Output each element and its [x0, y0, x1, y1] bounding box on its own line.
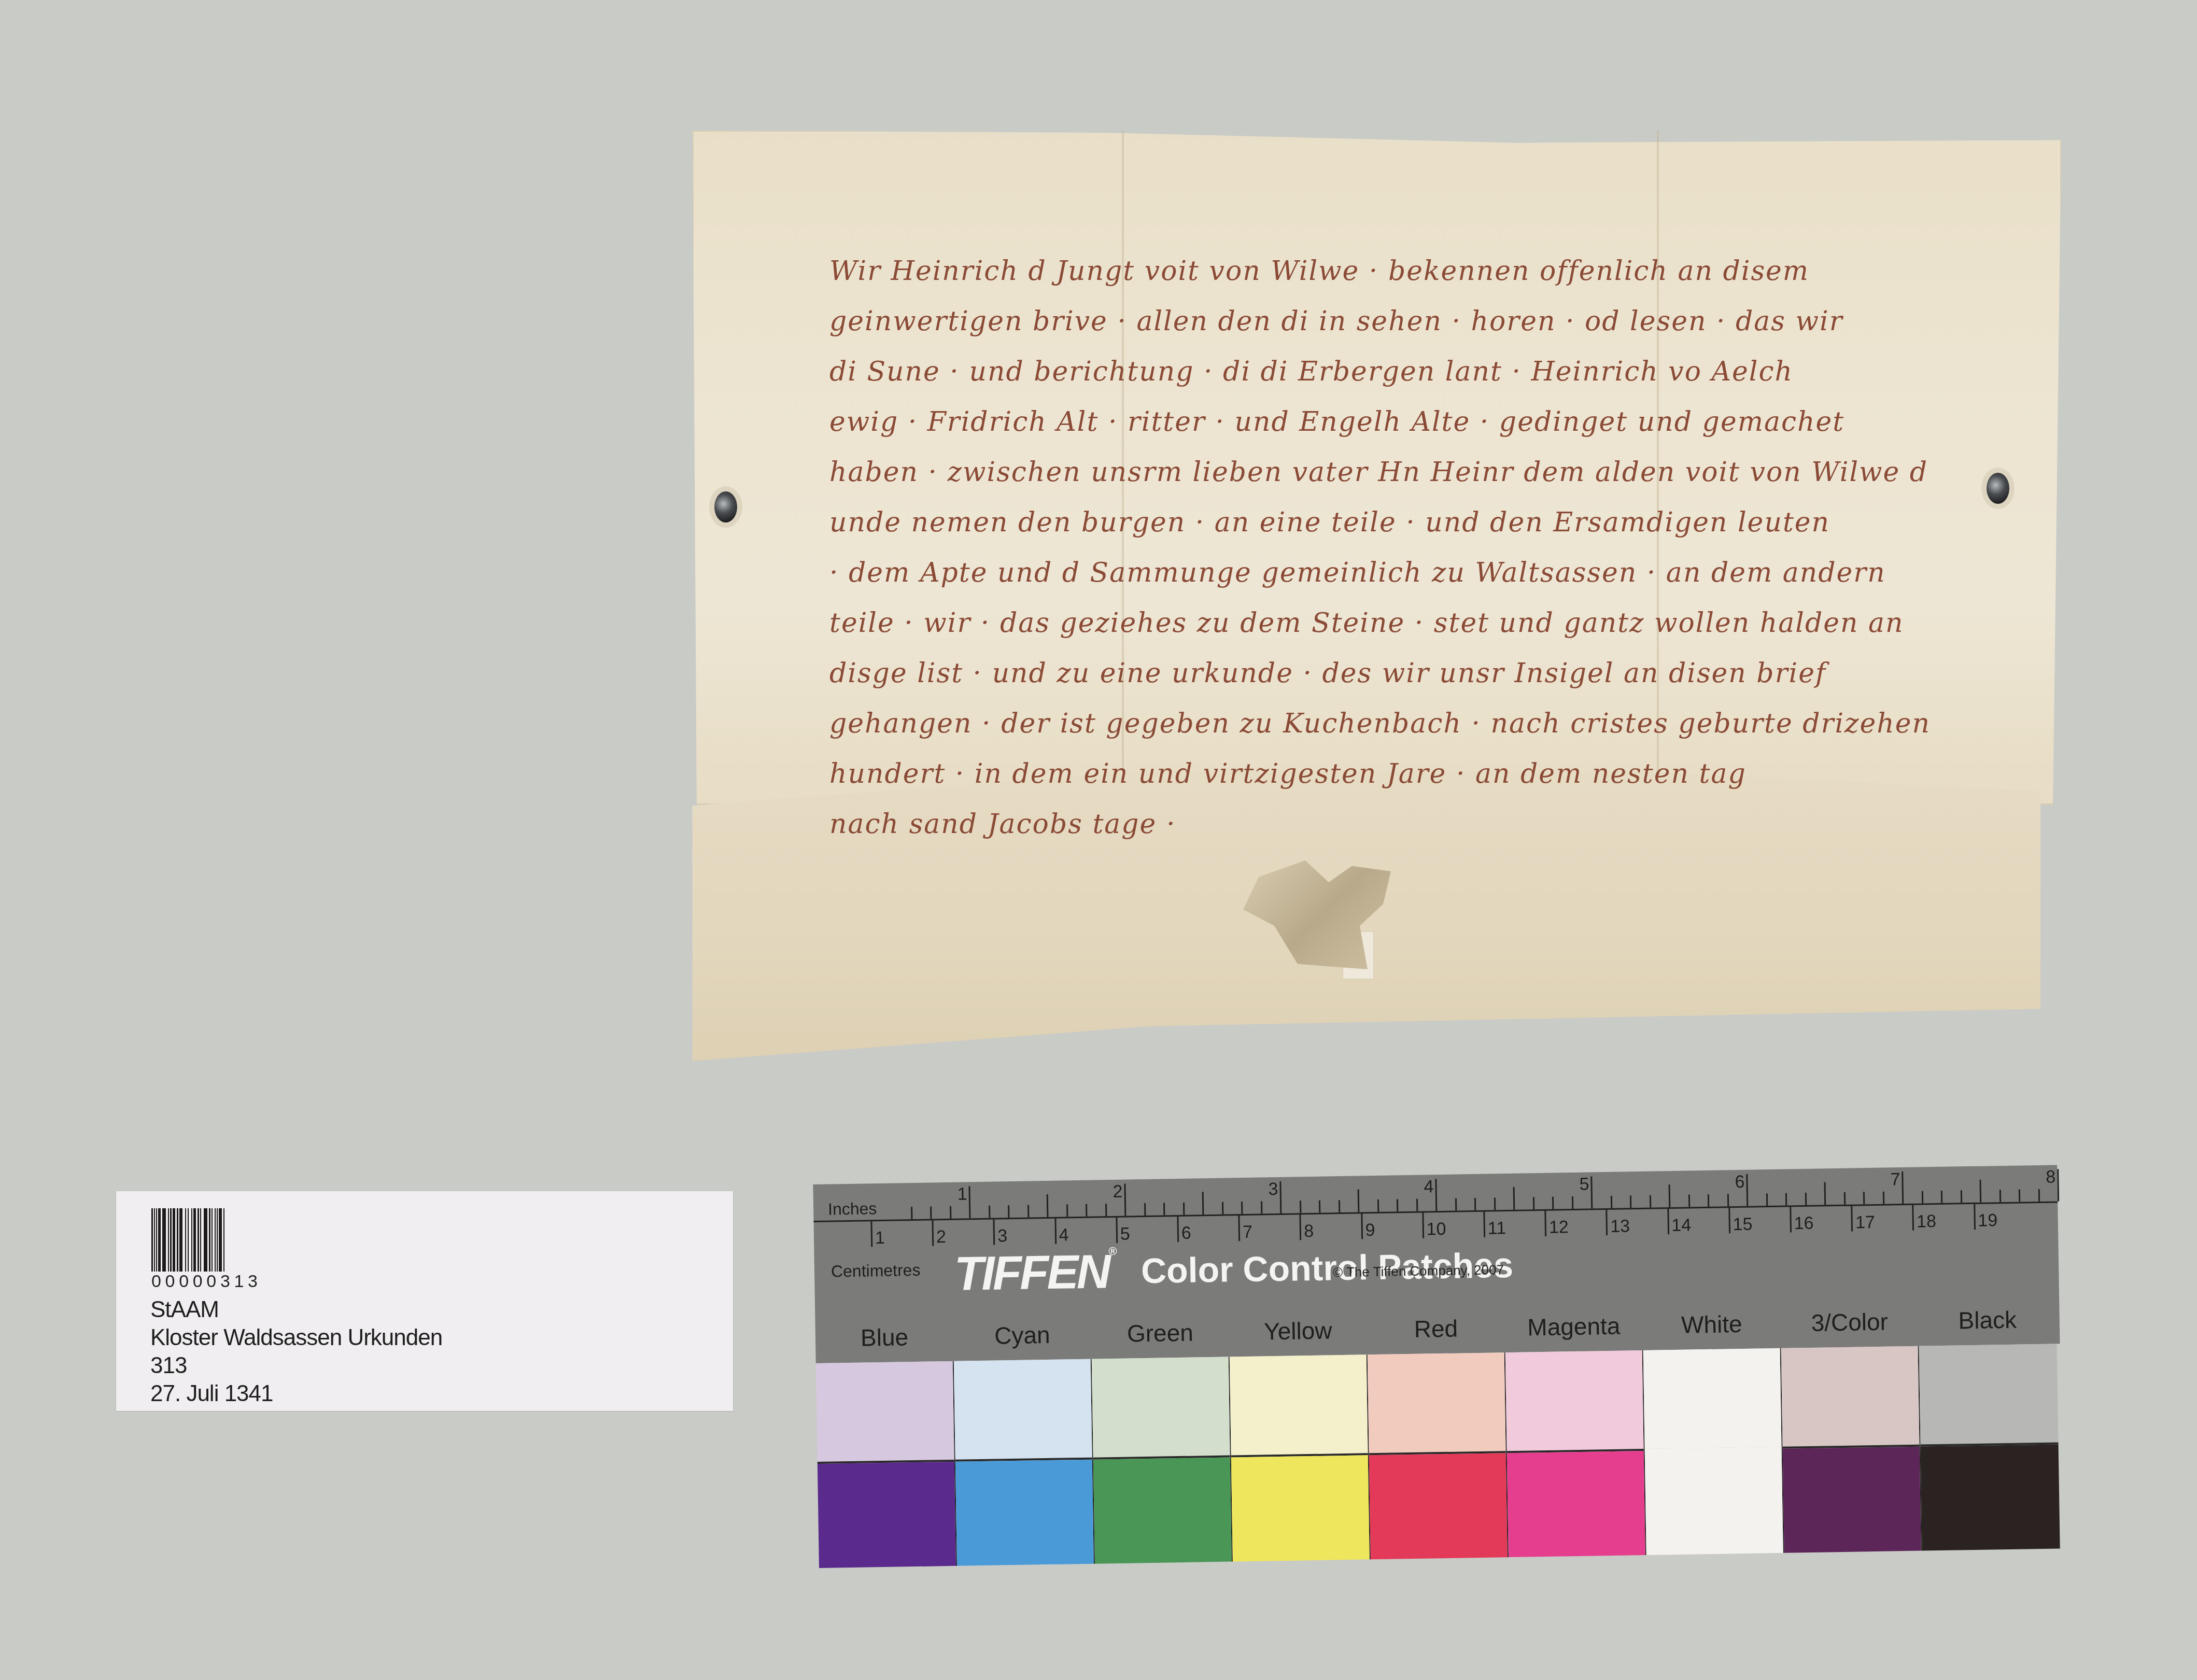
patch-light — [816, 1361, 954, 1464]
cm-tick — [1728, 1207, 1730, 1233]
minor-tick — [989, 1206, 990, 1218]
inch-tick — [1279, 1181, 1281, 1213]
minor-tick — [1338, 1200, 1340, 1212]
minor-tick — [1532, 1197, 1534, 1209]
barcode-digit: 0 — [193, 1272, 203, 1292]
patch-label-magenta: Magenta — [1504, 1311, 1643, 1342]
inch-number: 3 — [1268, 1179, 1278, 1199]
minor-tick — [1805, 1193, 1806, 1205]
patch-column-blue — [816, 1361, 957, 1568]
text-line: ewig · Fridrich Alt · ritter · und Engel… — [829, 397, 1970, 447]
minor-tick — [1669, 1184, 1671, 1207]
inch-tick — [2057, 1169, 2059, 1201]
patch-light — [1368, 1352, 1506, 1455]
text-line: disge list · und zu eine urkunde · des w… — [829, 648, 1970, 699]
document-date: 27. Juli 1341 — [150, 1380, 442, 1408]
registered-mark: ® — [1108, 1245, 1115, 1258]
barcode-digit: 3 — [248, 1272, 258, 1292]
inch-number: 5 — [1579, 1175, 1589, 1195]
patch-column-yellow — [1230, 1354, 1371, 1561]
patch-label-cyan: Cyan — [953, 1320, 1092, 1350]
inch-number: 8 — [2046, 1167, 2056, 1187]
cm-tick — [1177, 1216, 1179, 1242]
patch-light — [1505, 1350, 1644, 1453]
minor-tick — [1183, 1203, 1185, 1215]
inch-number: 2 — [1112, 1182, 1123, 1202]
cm-tick — [1790, 1206, 1792, 1232]
patch-column-black — [1919, 1344, 2060, 1550]
cm-number: 6 — [1181, 1223, 1192, 1244]
minor-tick — [1027, 1205, 1029, 1218]
inch-tick — [1435, 1179, 1437, 1211]
minor-tick — [1513, 1187, 1515, 1210]
minor-tick — [1377, 1199, 1378, 1212]
minor-tick — [1649, 1195, 1651, 1208]
barcode-bar — [204, 1208, 207, 1272]
minor-tick — [1241, 1202, 1243, 1214]
minor-tick — [1921, 1191, 1923, 1203]
text-line: haben · zwischen unsrm lieben vater Hn H… — [829, 447, 1970, 498]
patch-light — [1230, 1354, 1368, 1457]
minor-tick — [1144, 1203, 1146, 1216]
cm-number: 10 — [1426, 1219, 1446, 1240]
cm-tick — [1545, 1210, 1547, 1236]
cm-number: 18 — [1917, 1211, 1936, 1232]
inch-tick — [1902, 1171, 1904, 1204]
minor-tick — [1941, 1191, 1942, 1203]
text-line: Wir Heinrich d Jungt voit von Wilwe · be… — [829, 246, 1970, 297]
minor-tick — [911, 1207, 912, 1219]
patch-dark — [1507, 1451, 1645, 1557]
archive-label: 0 0 0 0 0 3 1 3 StAAM Kloster Waldsassen… — [116, 1191, 733, 1411]
patch-label-3-color: 3/Color — [1780, 1307, 1919, 1337]
cm-number: 1 — [875, 1228, 885, 1248]
patch-dark — [1093, 1458, 1232, 1564]
cm-tick — [1606, 1209, 1608, 1235]
minor-tick — [1610, 1196, 1612, 1208]
patch-dark — [955, 1460, 1094, 1566]
minor-tick — [1397, 1199, 1398, 1211]
text-line: teile · wir · das geziehes zu dem Steine… — [829, 598, 1970, 648]
minor-tick — [1727, 1194, 1728, 1206]
minor-tick — [1455, 1198, 1456, 1211]
cm-tick — [993, 1219, 995, 1245]
charter-text: Wir Heinrich d Jungt voit von Wilwe · be… — [829, 246, 1970, 850]
minor-tick — [950, 1206, 951, 1219]
cm-tick — [1851, 1206, 1853, 1232]
cm-tick — [932, 1220, 934, 1246]
mounting-grommet-right — [1987, 473, 2009, 504]
cm-tick — [870, 1221, 872, 1247]
patch-dark — [1231, 1455, 1370, 1561]
barcode-bar — [162, 1208, 166, 1272]
text-line: di Sune · und berichtung · di di Erberge… — [829, 347, 1970, 397]
cm-number: 7 — [1243, 1222, 1253, 1243]
minor-tick — [1960, 1190, 1962, 1203]
ruler-ticks: 1234567812345678910111213141516171819 — [813, 1165, 2057, 1184]
minor-tick — [1571, 1196, 1573, 1209]
patch-light — [1919, 1344, 2059, 1446]
barcode-digit: 0 — [165, 1272, 175, 1292]
text-line: unde nemen den burgen · an eine teile · … — [829, 498, 1970, 548]
minor-tick — [1202, 1192, 1204, 1215]
patch-label-green: Green — [1091, 1318, 1230, 1348]
cm-tick — [1912, 1205, 1914, 1231]
barcode-digit: 3 — [220, 1272, 230, 1292]
patch-column-red — [1368, 1352, 1509, 1559]
cm-number: 17 — [1855, 1212, 1875, 1233]
cm-number: 14 — [1671, 1215, 1691, 1236]
minor-tick — [1358, 1190, 1360, 1212]
inch-tick — [968, 1186, 970, 1218]
inches-label: Inches — [828, 1199, 877, 1219]
patch-dark — [1369, 1453, 1508, 1559]
minor-tick — [1785, 1193, 1787, 1206]
patch-labels: BlueCyanGreenYellowRedMagentaWhite3/Colo… — [815, 1305, 2060, 1352]
patch-light — [954, 1359, 1092, 1462]
minor-tick — [2019, 1190, 2020, 1202]
tiffen-logo: TIFFEN® — [954, 1245, 1116, 1302]
cm-number: 2 — [936, 1227, 947, 1247]
minor-tick — [1105, 1204, 1107, 1216]
minor-tick — [1708, 1194, 1709, 1207]
patch-label-red: Red — [1367, 1314, 1505, 1344]
patch-label-black: Black — [1918, 1305, 2057, 1335]
cm-tick — [1422, 1212, 1424, 1238]
patch-light — [1643, 1348, 1782, 1449]
minor-tick — [1980, 1180, 1982, 1203]
barcode-bar — [223, 1208, 224, 1272]
cm-tick — [1238, 1215, 1241, 1241]
minor-tick — [1824, 1182, 1826, 1205]
inch-number: 1 — [957, 1184, 967, 1204]
patch-dark — [1921, 1444, 2060, 1550]
patch-column-magenta — [1505, 1350, 1646, 1557]
color-patches — [816, 1344, 2063, 1568]
cm-number: 13 — [1610, 1216, 1630, 1237]
text-line: gehangen · der ist gegeben zu Kuchenbach… — [829, 699, 1970, 749]
minor-tick — [1163, 1203, 1165, 1215]
inch-number: 6 — [1735, 1172, 1745, 1192]
cm-number: 19 — [1978, 1210, 1997, 1231]
cm-number: 11 — [1488, 1218, 1506, 1239]
mounting-grommet-left — [714, 491, 737, 523]
cm-number: 15 — [1733, 1215, 1752, 1235]
minor-tick — [930, 1207, 932, 1219]
minor-tick — [1260, 1201, 1262, 1213]
inch-tick — [1746, 1174, 1748, 1206]
cm-tick — [1116, 1217, 1118, 1243]
patch-dark — [1645, 1447, 1783, 1555]
minor-tick — [1843, 1192, 1845, 1205]
minor-tick — [1066, 1204, 1068, 1217]
text-line: nach sand Jacobs tage · — [829, 799, 1970, 850]
cm-tick — [1974, 1204, 1976, 1230]
inch-tick — [1124, 1184, 1126, 1216]
text-line: · dem Apte und d Sammunge gemeinlich zu … — [829, 548, 1970, 598]
patch-column-3-color — [1781, 1346, 1922, 1553]
minor-tick — [1552, 1197, 1554, 1209]
cm-number: 9 — [1365, 1220, 1375, 1240]
copyright-text: © The Tiffen Company, 2007 — [1333, 1262, 1504, 1280]
inch-number: 4 — [1424, 1177, 1434, 1197]
patch-label-yellow: Yellow — [1229, 1316, 1368, 1346]
patch-column-white — [1643, 1348, 1784, 1555]
minor-tick — [1766, 1193, 1767, 1206]
brand-name: TIFFEN — [954, 1245, 1109, 1301]
cm-tick — [1054, 1218, 1057, 1244]
minor-tick — [1863, 1192, 1865, 1204]
minor-tick — [1319, 1201, 1320, 1213]
patch-label-white: White — [1642, 1309, 1781, 1339]
minor-tick — [1008, 1205, 1009, 1218]
document-number: 313 — [150, 1352, 442, 1380]
cm-tick — [1361, 1213, 1363, 1239]
cm-number: 3 — [997, 1226, 1008, 1246]
collection-name: Kloster Waldsassen Urkunden — [150, 1324, 442, 1352]
barcode — [151, 1208, 258, 1272]
cm-number: 5 — [1120, 1224, 1130, 1245]
cm-tick — [1300, 1214, 1302, 1240]
inch-number: 7 — [1890, 1169, 1900, 1190]
barcode-digit: 1 — [234, 1272, 244, 1292]
patch-column-green — [1092, 1357, 1233, 1564]
archive-name: StAAM — [150, 1296, 442, 1324]
barcode-digit: 0 — [206, 1272, 216, 1292]
minor-tick — [1999, 1190, 2001, 1202]
cm-number: 16 — [1794, 1213, 1813, 1234]
label-text: StAAM Kloster Waldsassen Urkunden 313 27… — [150, 1296, 442, 1408]
text-line: geinwertigen brive · allen den di in seh… — [829, 297, 1970, 347]
patch-dark — [1783, 1447, 1921, 1553]
minor-tick — [1222, 1202, 1223, 1215]
minor-tick — [1630, 1195, 1631, 1208]
patch-dark — [818, 1462, 956, 1568]
minor-tick — [1474, 1198, 1476, 1210]
minor-tick — [1416, 1199, 1417, 1211]
patch-light — [1781, 1346, 1920, 1449]
minor-tick — [1494, 1197, 1495, 1210]
cm-number: 4 — [1059, 1225, 1069, 1245]
minor-tick — [1299, 1201, 1301, 1213]
cm-number: 12 — [1549, 1217, 1569, 1238]
minor-tick — [1047, 1194, 1049, 1217]
cm-number: 8 — [1304, 1221, 1314, 1241]
barcode-digits: 0 0 0 0 0 3 1 3 — [151, 1272, 258, 1292]
minor-tick — [1086, 1204, 1087, 1217]
ruler-band: Inches 123456781234567891011121314151617… — [813, 1165, 2060, 1363]
minor-tick — [2038, 1189, 2039, 1202]
color-control-chart: Inches 123456781234567891011121314151617… — [813, 1154, 2063, 1568]
minor-tick — [1688, 1195, 1689, 1207]
cm-tick — [1667, 1208, 1669, 1234]
patch-column-cyan — [954, 1359, 1095, 1566]
cm-tick — [1483, 1211, 1485, 1237]
patch-label-blue: Blue — [815, 1322, 954, 1352]
text-line: hundert · in dem ein und virtzigesten Ja… — [829, 749, 1970, 799]
inch-tick — [1590, 1176, 1593, 1208]
patch-light — [1092, 1357, 1230, 1460]
centimetres-label: Centimetres — [831, 1261, 921, 1281]
barcode-digit: 0 — [179, 1272, 189, 1292]
minor-tick — [1882, 1192, 1884, 1204]
barcode-digit: 0 — [151, 1272, 161, 1292]
